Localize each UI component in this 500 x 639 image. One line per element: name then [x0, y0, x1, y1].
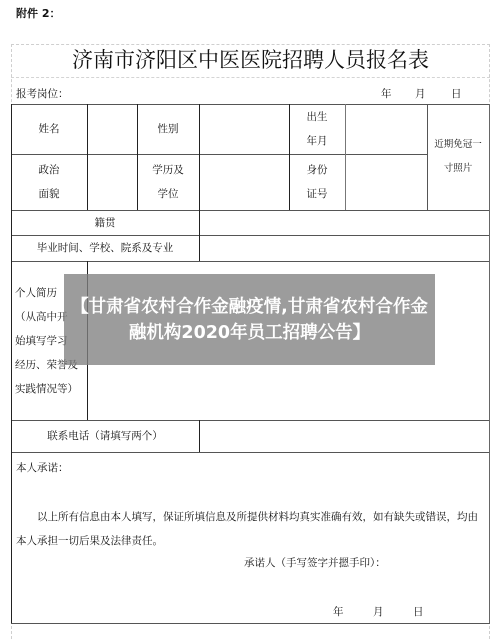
graduation-label: 毕业时间、学校、院系及专业 [11, 235, 199, 261]
gender-field[interactable] [199, 104, 289, 154]
id-number-field[interactable] [345, 154, 427, 210]
photo-box[interactable]: 近期免冠一寸照片 [427, 104, 489, 210]
row-divider [11, 452, 490, 453]
education-label: 学历及学位 [137, 154, 199, 210]
name-field[interactable] [87, 104, 137, 154]
table-border-bottom [11, 623, 490, 624]
id-number-label: 身份证号 [289, 154, 345, 210]
footer-year-label: 年 [333, 604, 344, 619]
footer-month-label: 月 [373, 604, 384, 619]
native-place-field[interactable] [199, 210, 489, 235]
overlay-caption: 【甘肃省农村合作金融疫情,甘肃省农村合作金融机构2020年员工招聘公告】 [64, 274, 435, 365]
phone-label: 联系电话（请填写两个） [11, 420, 199, 452]
promise-body: 以上所有信息由本人填写，保证所填信息及所提供材料均真实准确有效，如有缺失或错误，… [16, 505, 488, 553]
header-month-label: 月 [415, 86, 426, 101]
name-label: 姓名 [11, 104, 87, 154]
promise-title: 本人承诺： [16, 460, 69, 475]
birth-label: 出生年月 [289, 104, 345, 154]
position-label: 报考岗位： [16, 86, 69, 101]
title-divider [11, 77, 490, 78]
education-field[interactable] [199, 154, 289, 210]
political-status-field[interactable] [87, 154, 137, 210]
phone-field[interactable] [199, 420, 489, 452]
birth-field[interactable] [345, 104, 427, 154]
political-status-label: 政治面貌 [11, 154, 87, 210]
footer-day-label: 日 [413, 604, 424, 619]
table-border-right [489, 104, 490, 623]
header-day-label: 日 [451, 86, 462, 101]
graduation-field[interactable] [199, 235, 489, 261]
attachment-label: 附件 2： [16, 5, 60, 21]
form-title: 济南市济阳区中医医院招聘人员报名表 [11, 44, 490, 77]
signer-label: 承诺人（手写签字并摁手印）： [244, 555, 386, 570]
native-place-label: 籍贯 [11, 210, 199, 235]
header-year-label: 年 [381, 86, 392, 101]
gender-label: 性别 [137, 104, 199, 154]
